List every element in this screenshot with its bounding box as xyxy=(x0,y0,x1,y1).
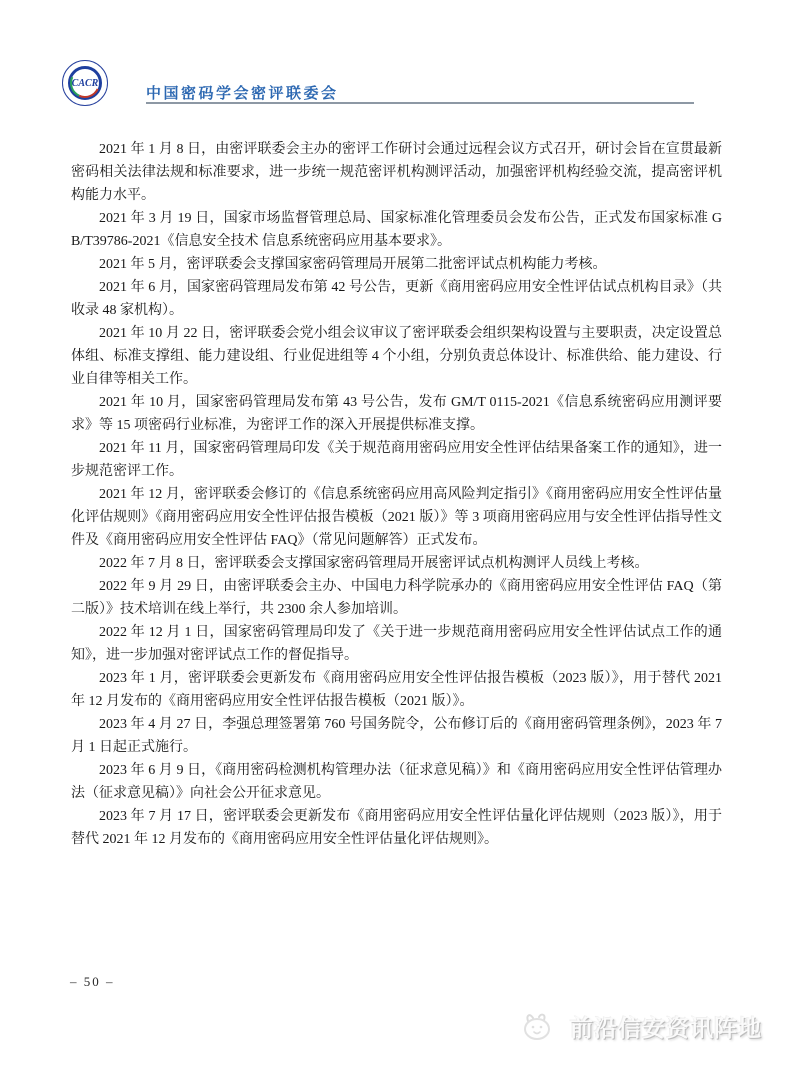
page-number: – 50 – xyxy=(70,974,115,990)
paragraph: 2021 年 10 月 22 日，密评联委会党小组会议审议了密评联委会组织架构设… xyxy=(71,322,722,391)
paragraph: 2021 年 12 月，密评联委会修订的《信息系统密码应用高风险判定指引》《商用… xyxy=(71,483,722,552)
org-name-title: 中国密码学会密评联委会 xyxy=(146,82,339,103)
paragraph: 2021 年 5 月，密评联委会支撑国家密码管理局开展第二批密评试点机构能力考核… xyxy=(71,253,722,276)
watermark-cat-icon xyxy=(522,1011,562,1043)
paragraph: 2021 年 11 月，国家密码管理局印发《关于规范商用密码应用安全性评估结果备… xyxy=(71,437,722,483)
paragraph: 2023 年 6 月 9 日，《商用密码检测机构管理办法（征求意见稿）》和《商用… xyxy=(71,759,722,805)
cacr-logo: CACR xyxy=(62,60,108,106)
watermark-text: 前沿信安资讯阵地 xyxy=(570,1010,762,1043)
watermark: 前沿信安资讯阵地 xyxy=(522,1010,762,1043)
paragraph: 2023 年 4 月 27 日，李强总理签署第 760 号国务院令，公布修订后的… xyxy=(71,713,722,759)
paragraph: 2022 年 9 月 29 日，由密评联委会主办、中国电力科学院承办的《商用密码… xyxy=(71,575,722,621)
paragraph: 2021 年 3 月 19 日，国家市场监督管理总局、国家标准化管理委员会发布公… xyxy=(71,207,722,253)
cacr-logo-text: CACR xyxy=(72,78,99,89)
paragraph: 2023 年 7 月 17 日，密评联委会更新发布《商用密码应用安全性评估量化评… xyxy=(71,805,722,851)
document-body: 2021 年 1 月 8 日，由密评联委会主办的密评工作研讨会通过远程会议方式召… xyxy=(71,138,722,851)
paragraph-list: 2021 年 1 月 8 日，由密评联委会主办的密评工作研讨会通过远程会议方式召… xyxy=(71,138,722,851)
paragraph: 2021 年 6 月，国家密码管理局发布第 42 号公告，更新《商用密码应用安全… xyxy=(71,276,722,322)
document-page: CACR 中国密码学会密评联委会 2021 年 1 月 8 日，由密评联委会主办… xyxy=(0,0,790,1065)
paragraph: 2021 年 10 月，国家密码管理局发布第 43 号公告，发布 GM/T 01… xyxy=(71,391,722,437)
paragraph: 2022 年 12 月 1 日，国家密码管理局印发了《关于进一步规范商用密码应用… xyxy=(71,621,722,667)
paragraph: 2022 年 7 月 8 日，密评联委会支撑国家密码管理局开展密评试点机构测评人… xyxy=(71,552,722,575)
header-divider xyxy=(146,102,694,104)
paragraph: 2023 年 1 月，密评联委会更新发布《商用密码应用安全性评估报告模板（202… xyxy=(71,667,722,713)
paragraph: 2021 年 1 月 8 日，由密评联委会主办的密评工作研讨会通过远程会议方式召… xyxy=(71,138,722,207)
cacr-logo-ring: CACR xyxy=(68,66,102,100)
